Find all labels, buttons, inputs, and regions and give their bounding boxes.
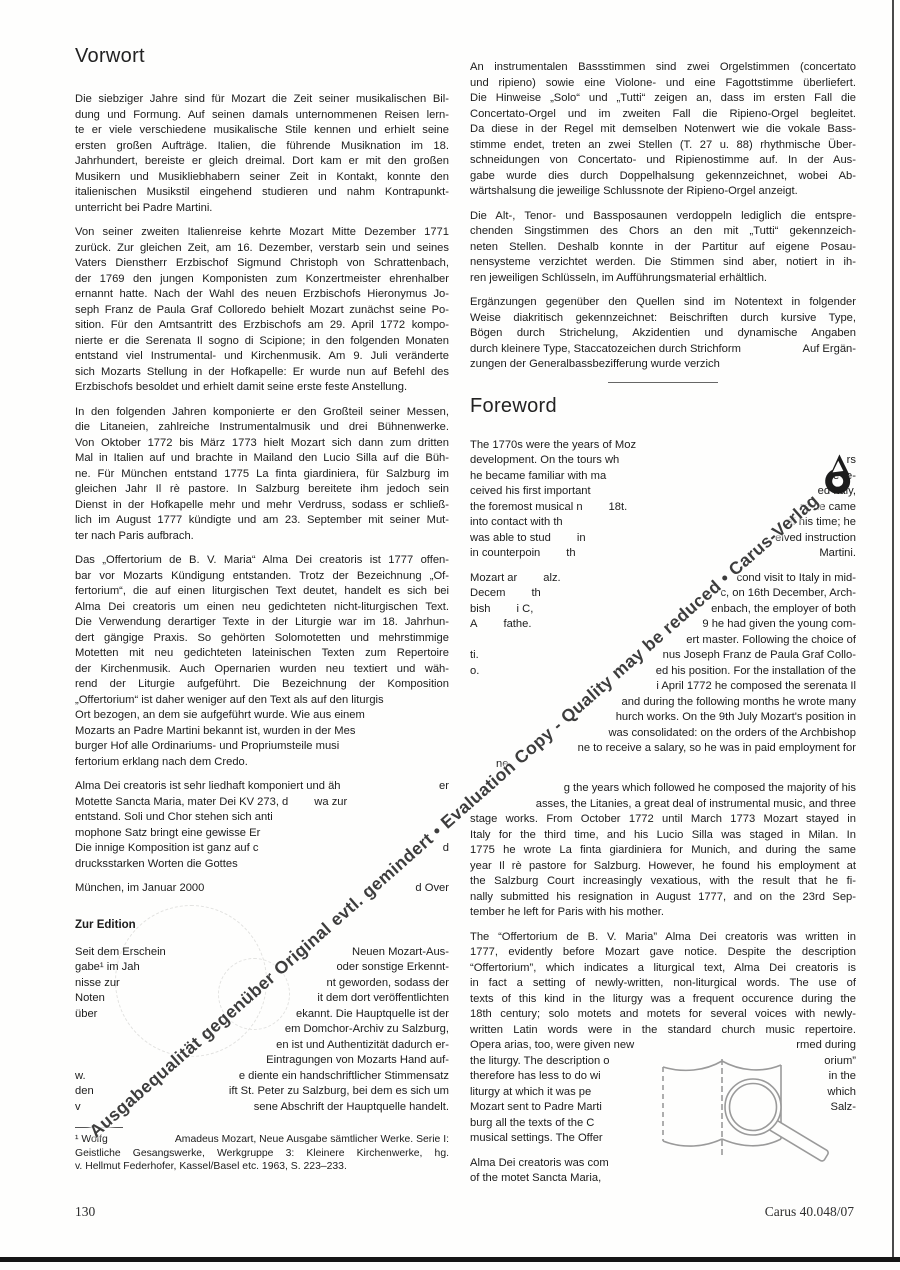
text-line: Vaters Dienstherr Erzbischof Sigmund Chr… [75,256,449,272]
paragraph-german-bass: An instrumentalen Bassstimmen sind zwei … [470,60,856,200]
catalog-number: Carus 40.048/07 [765,1204,854,1220]
left-column: Vorwort Die siebziger Jahre sind für Moz… [75,0,449,1183]
text-fragment: Mozarts an Padre Martini bekannt ist, wu… [75,724,355,740]
text-fragment: er [439,779,449,795]
text-line: Die innige Komposition ist ganz auf cd [75,841,449,857]
text-line: Mozart aralz.cond visit to Italy in mid- [470,571,856,587]
text-fragment: ne. [496,757,512,773]
text-line: entstand. Soli und Chor stehen sich anti [75,810,449,826]
text-fragment: the foremost musical n [470,500,583,516]
text-line: Von Oktober 1772 bis März 1773 hielt Moz… [75,436,449,452]
scan-edge-bottom [0,1257,900,1262]
text-line: written Latin words were in the standard… [470,1023,856,1039]
text-line: Seit dem ErscheinNeuen Mozart-Aus- [75,945,449,961]
text-line: Alma Dei creatoris um einen neu gedichte… [75,600,449,616]
text-fragment: Opera arias, too, were given new [470,1038,634,1054]
text-line: gleichen Jahr Il rè pastore. In Salzburg… [75,482,449,498]
text-fragment: 9 he had given the young com- [702,617,856,633]
text-fragment: nt geworden, sodass der [326,976,449,992]
text-fragment: Motette Sancta Maria, mater Dei KV 273, … [75,795,288,811]
text-line: Die Hinweise „Solo“ und „Tutti“ zeigen a… [470,91,856,107]
paragraph-german-4: Das „Offertorium de B. V. Maria“ Alma De… [75,553,449,770]
text-line: seph Franz de Paula Graf Colloredo behie… [75,303,449,319]
text-line: Ergänzungen gegenüber den Quellen sind i… [470,295,856,311]
text-line: em Domchor-Archiv zu Salzburg, [75,1022,449,1038]
paragraph-german-2: Von seiner zweiten Italienreise kehrte M… [75,225,449,396]
text-fragment: Auf Ergän- [803,342,856,358]
text-fragment: ert master. Following the choice of [686,633,856,649]
text-line: Weise diakritisch gekennzeichnet: Beisch… [470,311,856,327]
text-line: ter nach Paris aufbrach. [75,529,449,545]
signature-line: München, im Januar 2000d Over [75,881,449,897]
text-line: ne. Für München entstand 1775 La finta g… [75,467,449,483]
text-line: Dienst in der Hofkapelle mehr und mehr V… [75,498,449,514]
text-fragment: ift St. Peter zu Salzburg, bei dem es si… [229,1084,449,1100]
footnote: ¹ WolfgAmadeus Mozart, Neue Ausgabe sämt… [75,1133,449,1174]
text-line: ¹ WolfgAmadeus Mozart, Neue Ausgabe sämt… [75,1133,449,1147]
text-line: Motetten mit neu gedichteten lateinische… [75,646,449,662]
text-fragment: was consolidated: on the orders of the A… [608,726,856,742]
paragraph-german-trombones: Die Alt-, Tenor- und Bassposaunen verdop… [470,209,856,287]
text-fragment: gabe¹ im Jah [75,960,140,976]
text-line: into contact with thof his time; he [470,515,856,531]
text-fragment: alz. [543,571,560,587]
text-fragment: zungen der Generalbassbezifferung wurde … [470,357,720,373]
text-fragment: burger Hof alle Ordinariums- und Propriu… [75,739,339,755]
text-fragment: nisse zur [75,976,120,992]
text-line: der 1769 den jungen Komponisten zum Konz… [75,272,449,288]
text-fragment: i April 1772 he composed the serenata Il [656,679,856,695]
text-line: Da diese in der Regel mit demselben Note… [470,122,856,138]
text-line: 18th century; solo motets and motets for… [470,1007,856,1023]
text-fragment: bish [470,602,491,618]
text-line: lich im August 1777 kündigte und am 23. … [75,513,449,529]
text-line: denift St. Peter zu Salzburg, bei dem es… [75,1084,449,1100]
text-line: Die siebziger Jahre sind für Mozart die … [75,92,449,108]
text-line: Mal in Italien auf und brachte in Mailan… [75,451,449,467]
text-fragment: musical settings. The Offer [470,1131,603,1147]
text-fragment: oder sonstige Erkennt- [336,960,449,976]
text-line: und ripieno) sowie eine Violone- und ein… [470,76,856,92]
scanned-preface-page: Vorwort Die siebziger Jahre sind für Moz… [0,0,900,1270]
text-line: The “Offertorium de B. V. Maria” Alma De… [470,930,856,946]
paragraph-german-3: In den folgenden Jahren komponierte er d… [75,405,449,545]
text-line: mophone Satz bringt eine gewisse Er [75,826,449,842]
text-line: ne. [470,757,856,773]
text-line: bishi C,enbach, the employer of both [470,602,856,618]
text-fragment: into contact with th [470,515,563,531]
text-fragment: he became familiar with ma [470,469,606,485]
text-fragment: development. On the tours wh [470,453,619,469]
text-line: überekannt. Die Hauptquelle ist der [75,1007,449,1023]
text-line: „Offertorium“ ist daher weniger auf den … [75,693,449,709]
text-fragment: fathe. [503,617,531,633]
text-line: bar vor Mozarts Kündigung entstanden. Tr… [75,569,449,585]
text-fragment: burg all the texts of the C [470,1116,594,1132]
text-line: stage works. From October 1772 until Mar… [470,812,856,828]
text-fragment: Mozart sent to Padre Marti [470,1100,602,1116]
text-line: Jahrhundert, bereiste er gleich dreimal.… [75,154,449,170]
text-line: fertorium erklang nach dem Credo. [75,755,449,771]
text-fragment: ti. [470,648,479,664]
text-line: hurch works. On the 9th July Mozart's po… [470,710,856,726]
text-fragment: ceived his first important [470,484,591,500]
paragraph-edition: Seit dem ErscheinNeuen Mozart-Aus-gabe¹ … [75,945,449,1116]
text-line: asses, the Litanies, a great deal of ins… [470,797,856,813]
paragraph-english-1: The 1770s were the years of Mozdevelopme… [470,438,856,562]
text-fragment: ed Italy, [818,484,856,500]
text-line: Notenit dem dort veröffentlichten [75,991,449,1007]
text-fragment: Neuen Mozart-Aus- [352,945,449,961]
text-line: entstand viel Instrumental- und Kirchenm… [75,349,449,365]
text-fragment: ed his position. For the installation of… [656,664,856,680]
text-line: durch kleinere Type, Staccatozeichen dur… [470,342,856,358]
text-line: Motette Sancta Maria, mater Dei KV 273, … [75,795,449,811]
text-line: Bögen durch Strichelung, Akzidentien und… [470,326,856,342]
text-line: der Kirchenmusik. Auch Opernarien wurden… [75,662,449,678]
text-fragment: sene Abschrift der Hauptquelle handelt. [254,1100,449,1116]
paragraph-english-3: g the years which followed he composed t… [470,781,856,921]
text-line: schneidungen von Concertato- und Ripieno… [470,153,856,169]
text-fragment: den [75,1084,94,1100]
text-fragment: i C, [517,602,534,618]
text-fragment: in [577,531,586,547]
text-fragment: Amadeus Mozart, Neue Ausgabe sämtlicher … [175,1133,449,1147]
text-line: vsene Abschrift der Hauptquelle handelt. [75,1100,449,1116]
text-fragment: Die innige Komposition ist ganz auf c [75,841,258,857]
text-line: nierte er die Serenata Il sogno di Scipi… [75,334,449,350]
text-fragment: mophone Satz bringt eine gewisse Er [75,826,260,842]
book-magnifier-illustration [645,1045,850,1185]
text-line: zurück. Zur gleichen Zeit, am 16. Dezemb… [75,241,449,257]
text-line: v. Hellmut Federhofer, Kassel/Basel etc.… [75,1160,449,1174]
paragraph-german-1: Die siebziger Jahre sind für Mozart die … [75,92,449,216]
text-line: Geistliche Gesangswerke, Werkgruppe 3: K… [75,1147,449,1161]
text-line: Die Verwendung derartiger Texte in der L… [75,615,449,631]
text-fragment: of his time; he [786,515,856,531]
text-fragment: re he came [800,500,856,516]
text-line: development. On the tours whrs [470,453,856,469]
text-line: in fact a setting of newly-written, non-… [470,976,856,992]
text-line: An instrumentalen Bassstimmen sind zwei … [470,60,856,76]
text-line: burger Hof alle Ordinariums- und Propriu… [75,739,449,755]
text-fragment: en ist und Authentizität dadurch er- [276,1038,449,1054]
text-fragment: and during the following months he wrote… [622,695,856,711]
text-fragment: Mozart ar [470,571,517,587]
text-fragment: Martini. [819,546,856,562]
text-fragment: asses, the Litanies, a great deal of ins… [536,797,856,813]
text-fragment: Ort bezogen, an dem sie aufgeführt wurde… [75,708,365,724]
text-line: Alma Dei creatoris ist sehr liedhaft kom… [75,779,449,795]
paragraph-german-editorial: Ergänzungen gegenüber den Quellen sind i… [470,295,856,373]
text-fragment: über [75,1007,97,1023]
zur-edition-heading: Zur Edition [75,919,449,931]
text-line: unterricht bei Padre Martini. [75,201,449,217]
text-fragment: Decem [470,586,505,602]
footnote-separator [75,1127,123,1128]
text-fragment: Alma Dei creatoris ist sehr liedhaft kom… [75,779,341,795]
text-line: rend der Liturgie aufgeführt. Die Bezeic… [75,677,449,693]
text-line: o.ed his position. For the installation … [470,664,856,680]
text-fragment: th [566,546,575,562]
text-fragment: Seit dem Erschein [75,945,166,961]
text-line: i April 1772 he composed the serenata Il [470,679,856,695]
text-line: g the years which followed he composed t… [470,781,856,797]
text-fragment: ¹ Wolfg [75,1133,108,1147]
text-line: was consolidated: on the orders of the A… [470,726,856,742]
text-line: nisse zurnt geworden, sodass der [75,976,449,992]
text-fragment: ne to receive a salary, so he was in pai… [578,741,856,757]
text-line: texts of this kind in the liturgy was a … [470,992,856,1008]
text-fragment: drucksstarken Worten die Gottes [75,857,238,873]
text-line: year Il rè pastore for Salzburg. However… [470,859,856,875]
right-column: An instrumentalen Bassstimmen sind zwei … [470,0,856,1196]
text-fragment: w. [75,1069,86,1085]
text-line: drucksstarken Worten die Gottes [75,857,449,873]
text-fragment: entstand. Soli und Chor stehen sich anti [75,810,273,826]
text-line: 1777, evidently before Mozart gave notic… [470,945,856,961]
text-line: Decemthc, on 16th December, Arch- [470,586,856,602]
text-line: nensysteme verzichtet werden. Die Stimme… [470,255,856,271]
text-fragment: of the motet Sancta Maria, [470,1171,601,1187]
text-line: Von seiner zweiten Italienreise kehrte M… [75,225,449,241]
text-line: ne to receive a salary, so he was in pai… [470,741,856,757]
text-line: the foremost musical n18t.re he came [470,500,856,516]
text-line: dung und Formung. Auf seinen damals unte… [75,108,449,124]
paragraph-german-5: Alma Dei creatoris ist sehr liedhaft kom… [75,779,449,872]
foreword-heading: Foreword [470,395,856,418]
text-line: Afathe.9 he had given the young com- [470,617,856,633]
text-fragment: th [531,586,540,602]
text-fragment: The 1770s were the years of Moz [470,438,636,454]
text-line: die Litaneien, zahlreiche Instrumentalmu… [75,420,449,436]
text-line: nally submitted his resignation in Augus… [470,890,856,906]
text-line: chenden Singstimmen des Chors an den mit… [470,224,856,240]
text-fragment: nus Joseph Franz de Paula Graf Collo- [663,648,856,664]
text-line: Musikern und Musikliebhabern seiner Zeit… [75,170,449,186]
text-line: ert master. Following the choice of [470,633,856,649]
text-line: dert gängige Praxis. So gehörten Solomot… [75,631,449,647]
text-fragment: liturgy at which it was pe [470,1085,591,1101]
text-fragment: durch kleinere Type, Staccatozeichen dur… [470,342,741,358]
text-line: Die Alt-, Tenor- und Bassposaunen verdop… [470,209,856,225]
text-fragment: therefore has less to do wi [470,1069,601,1085]
text-line: Eintragungen von Mozarts Hand auf- [75,1053,449,1069]
text-fragment: v [75,1100,81,1116]
text-fragment: in counterpoin [470,546,540,562]
text-line: zungen der Generalbassbezifferung wurde … [470,357,856,373]
text-line: The 1770s were the years of Moz [470,438,856,454]
text-line: ren jeweiligen Schlüsseln, im Aufführung… [470,271,856,287]
text-line: wärtshalsung die jeweilige Schlussnote d… [470,184,856,200]
text-fragment: hurch works. On the 9th July Mozart's po… [616,710,856,726]
text-fragment: A [470,617,477,633]
text-line: in counterpointhMartini. [470,546,856,562]
text-fragment: eived instruction [775,531,856,547]
text-line: Mozarts an Padre Martini bekannt ist, wu… [75,724,449,740]
vorwort-heading: Vorwort [75,45,449,68]
text-fragment: Noten [75,991,105,1007]
text-fragment: e re- [833,469,856,485]
text-fragment: ekannt. Die Hauptquelle ist der [296,1007,449,1023]
text-fragment: e diente ein handschriftlicher Stimmensa… [239,1069,449,1085]
text-line: ernannt hatte. Nach der Wahl des neuen E… [75,287,449,303]
text-line: gabe wurde dies durch Doppelhalsung geke… [470,169,856,185]
text-line: the Salzburg Court increasingly vexatiou… [470,874,856,890]
text-line: was able to studineived instruction [470,531,856,547]
text-line: and during the following months he wrote… [470,695,856,711]
text-line: ti.nus Joseph Franz de Paula Graf Collo- [470,648,856,664]
text-line: stimme endet, treten an zwei Stellen (T.… [470,138,856,154]
text-fragment: 18t. [609,500,628,516]
text-line: Italy for the third time, and his Lucio … [470,828,856,844]
text-fragment: was able to stud [470,531,551,547]
text-fragment: „Offertorium“ ist daher weniger auf den … [75,693,384,709]
text-line: fertorium“, die auf einen liturgischen T… [75,584,449,600]
text-fragment: Alma Dei creatoris was com [470,1156,609,1172]
text-line: Erzbischofs besoldet und erhielt damit s… [75,380,449,396]
text-line: In den folgenden Jahren komponierte er d… [75,405,449,421]
text-fragment: München, im Januar 2000 [75,881,204,897]
scan-edge-right [892,0,894,1258]
text-fragment: o. [470,664,479,680]
text-fragment: the liturgy. The description o [470,1054,610,1070]
text-fragment: em Domchor-Archiv zu Salzburg, [285,1022,449,1038]
text-fragment: wa zur [314,795,347,811]
text-line: italienischen Musikstil eingehend studie… [75,185,449,201]
text-line: tember he left for Paris with his mother… [470,905,856,921]
text-line: München, im Januar 2000d Over [75,881,449,897]
text-line: “Offertorium”, which indicates a liturgi… [470,961,856,977]
page-number: 130 [75,1204,95,1220]
paragraph-english-2: Mozart aralz.cond visit to Italy in mid-… [470,571,856,773]
text-line: 1775 he wrote La finta giardiniera for M… [470,843,856,859]
text-line: ceived his first importanted Italy, [470,484,856,500]
text-fragment: fertorium erklang nach dem Credo. [75,755,248,771]
text-fragment: it dem dort veröffentlichten [317,991,449,1007]
text-fragment: g the years which followed he composed t… [564,781,856,797]
text-fragment: cond visit to Italy in mid- [737,571,856,587]
text-line: he became familiar with mae re- [470,469,856,485]
text-fragment: rs [847,453,856,469]
text-line: sich Mozarts Stellung in der Hofkapelle:… [75,365,449,381]
text-line: en ist und Authentizität dadurch er- [75,1038,449,1054]
text-line: sition. Für den Amtsantritt des Erzbisch… [75,318,449,334]
text-line: neten Stellen. Deshalb konnte in der Par… [470,240,856,256]
text-fragment: d [443,841,449,857]
text-fragment: Eintragungen von Mozarts Hand auf- [266,1053,449,1069]
text-fragment: enbach, the employer of both [711,602,856,618]
section-separator [608,382,718,383]
text-line: te er viele verschiedene musikalische St… [75,123,449,139]
text-line: ersten großen Aufträge. Italien, die füh… [75,139,449,155]
text-fragment: d Over [415,881,449,897]
text-line: Concertato-Orgel und im zweiten Fall die… [470,107,856,123]
text-line: gabe¹ im Jahoder sonstige Erkennt- [75,960,449,976]
text-line: w.e diente ein handschriftlicher Stimmen… [75,1069,449,1085]
text-line: Ort bezogen, an dem sie aufgeführt wurde… [75,708,449,724]
text-line: Das „Offertorium de B. V. Maria“ Alma De… [75,553,449,569]
text-fragment: c, on 16th December, Arch- [720,586,856,602]
